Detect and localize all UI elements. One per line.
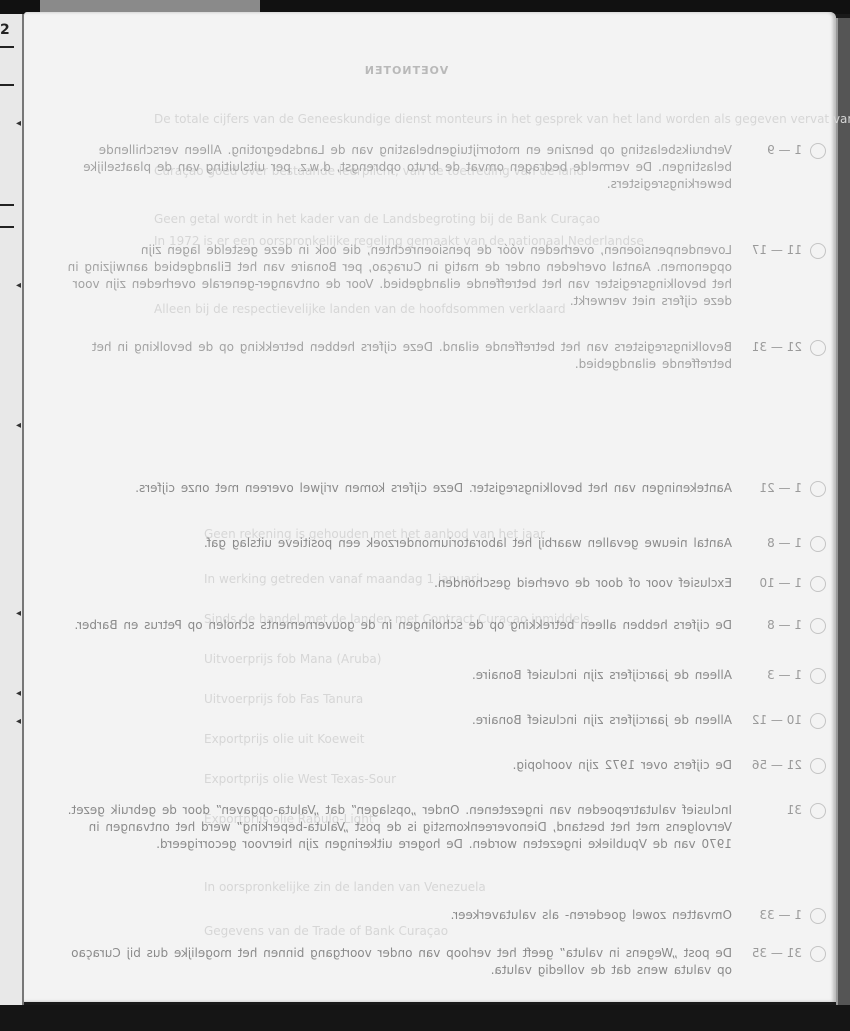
footnote-circle-icon (810, 803, 826, 819)
footnote-circle-icon (810, 243, 826, 259)
footnote-circle-icon (810, 143, 826, 159)
facing-page-fragment: 2 (0, 22, 10, 38)
facing-page-edge: 2 (0, 14, 24, 1009)
footnote-row: 1 — 8De cijfers hebben alleen betrekking… (66, 617, 826, 634)
footnote-circle-icon (810, 618, 826, 634)
footnote-ref: 31 (732, 802, 802, 853)
footnote-ref: 10 — 12 (732, 712, 802, 729)
footnote-text: De post „Wegens in valuta” geeft het ver… (66, 945, 732, 979)
show-through-layer: VOETNOTEN 1 — 9Verbruiksbelasting op ben… (24, 12, 836, 1002)
footnote-ref: 1 — 33 (732, 907, 802, 924)
footnote-text: Inclusief valutatrepoeden van ingezetene… (66, 802, 732, 853)
footnote-text: Verbruiksbelasting op benzine en motorri… (66, 142, 732, 193)
scanner-bottom-edge (0, 1005, 850, 1031)
facing-page-mark (0, 46, 14, 48)
footnote-row: 10 — 12Alleen de jaarcijfers zijn inclus… (66, 712, 826, 729)
footnote-text: Exclusief voor of door de overheid gesch… (66, 575, 732, 592)
mirrored-heading: VOETNOTEN (306, 64, 506, 77)
footnote-text: Lovendenpensioenen, overheden vóór de pe… (66, 242, 732, 310)
footnote-circle-icon (810, 946, 826, 962)
footnote-row: 1 — 8Aantal nieuwe gevallen waarbij het … (66, 535, 826, 552)
footnote-text: De cijfers over 1972 zijn voorlopig. (66, 757, 732, 774)
footnote-ref: 1 — 8 (732, 535, 802, 552)
footnote-circle-icon (810, 908, 826, 924)
footnote-row: 1 — 3Alleen de jaarcijfers zijn inclusie… (66, 667, 826, 684)
facing-page-mark (0, 84, 14, 86)
footnote-row: 1 — 33Omvatten zowel goederen- als valut… (66, 907, 826, 924)
facing-page-mark (0, 204, 14, 206)
facing-page-mark (0, 226, 14, 228)
footnote-ref: 1 — 10 (732, 575, 802, 592)
footnote-circle-icon (810, 481, 826, 497)
footnote-ref: 1 — 9 (732, 142, 802, 193)
footnote-row: 1 — 10Exclusief voor of door de overheid… (66, 575, 826, 592)
footnote-text: Bevolkingsregisters van het betreffende … (66, 339, 732, 373)
footnote-row: 1 — 9Verbruiksbelasting op benzine en mo… (66, 142, 826, 193)
footnote-ref: 1 — 21 (732, 480, 802, 497)
footnote-ref: 21 — 56 (732, 757, 802, 774)
footnote-text: Alleen de jaarcijfers zijn inclusief Bon… (66, 712, 732, 729)
footnote-text: Aantal nieuwe gevallen waarbij het labor… (66, 535, 732, 552)
footnote-row: 31 — 35De post „Wegens in valuta” geeft … (66, 945, 826, 979)
footnote-row: 21 — 56De cijfers over 1972 zijn voorlop… (66, 757, 826, 774)
footnote-circle-icon (810, 668, 826, 684)
footnote-circle-icon (810, 713, 826, 729)
scanner-top-edge-grey (40, 0, 260, 12)
footnote-ref: 11 — 17 (732, 242, 802, 310)
footnote-ref: 1 — 8 (732, 617, 802, 634)
footnote-row: 1 — 21Aantekeningen van het bevolkingsre… (66, 480, 826, 497)
footnote-text: Alleen de jaarcijfers zijn inclusief Bon… (66, 667, 732, 684)
footnote-circle-icon (810, 758, 826, 774)
footnote-text: De cijfers hebben alleen betrekking op d… (66, 617, 732, 634)
footnote-circle-icon (810, 536, 826, 552)
footnote-circle-icon (810, 340, 826, 356)
footnote-ref: 31 — 35 (732, 945, 802, 979)
footnote-row: 31Inclusief valutatrepoeden van ingezete… (66, 802, 826, 853)
page-stack-edge (836, 18, 850, 1008)
footnote-ref: 21 — 31 (732, 339, 802, 373)
footnote-text: Aantekeningen van het bevolkingsregister… (66, 480, 732, 497)
footnote-row: 11 — 17Lovendenpensioenen, overheden vóó… (66, 242, 826, 310)
footnote-row: 21 — 31Bevolkingsregisters van het betre… (66, 339, 826, 373)
footnote-ref: 1 — 3 (732, 667, 802, 684)
footnote-circle-icon (810, 576, 826, 592)
footnote-text: Omvatten zowel goederen- als valutaverke… (66, 907, 732, 924)
